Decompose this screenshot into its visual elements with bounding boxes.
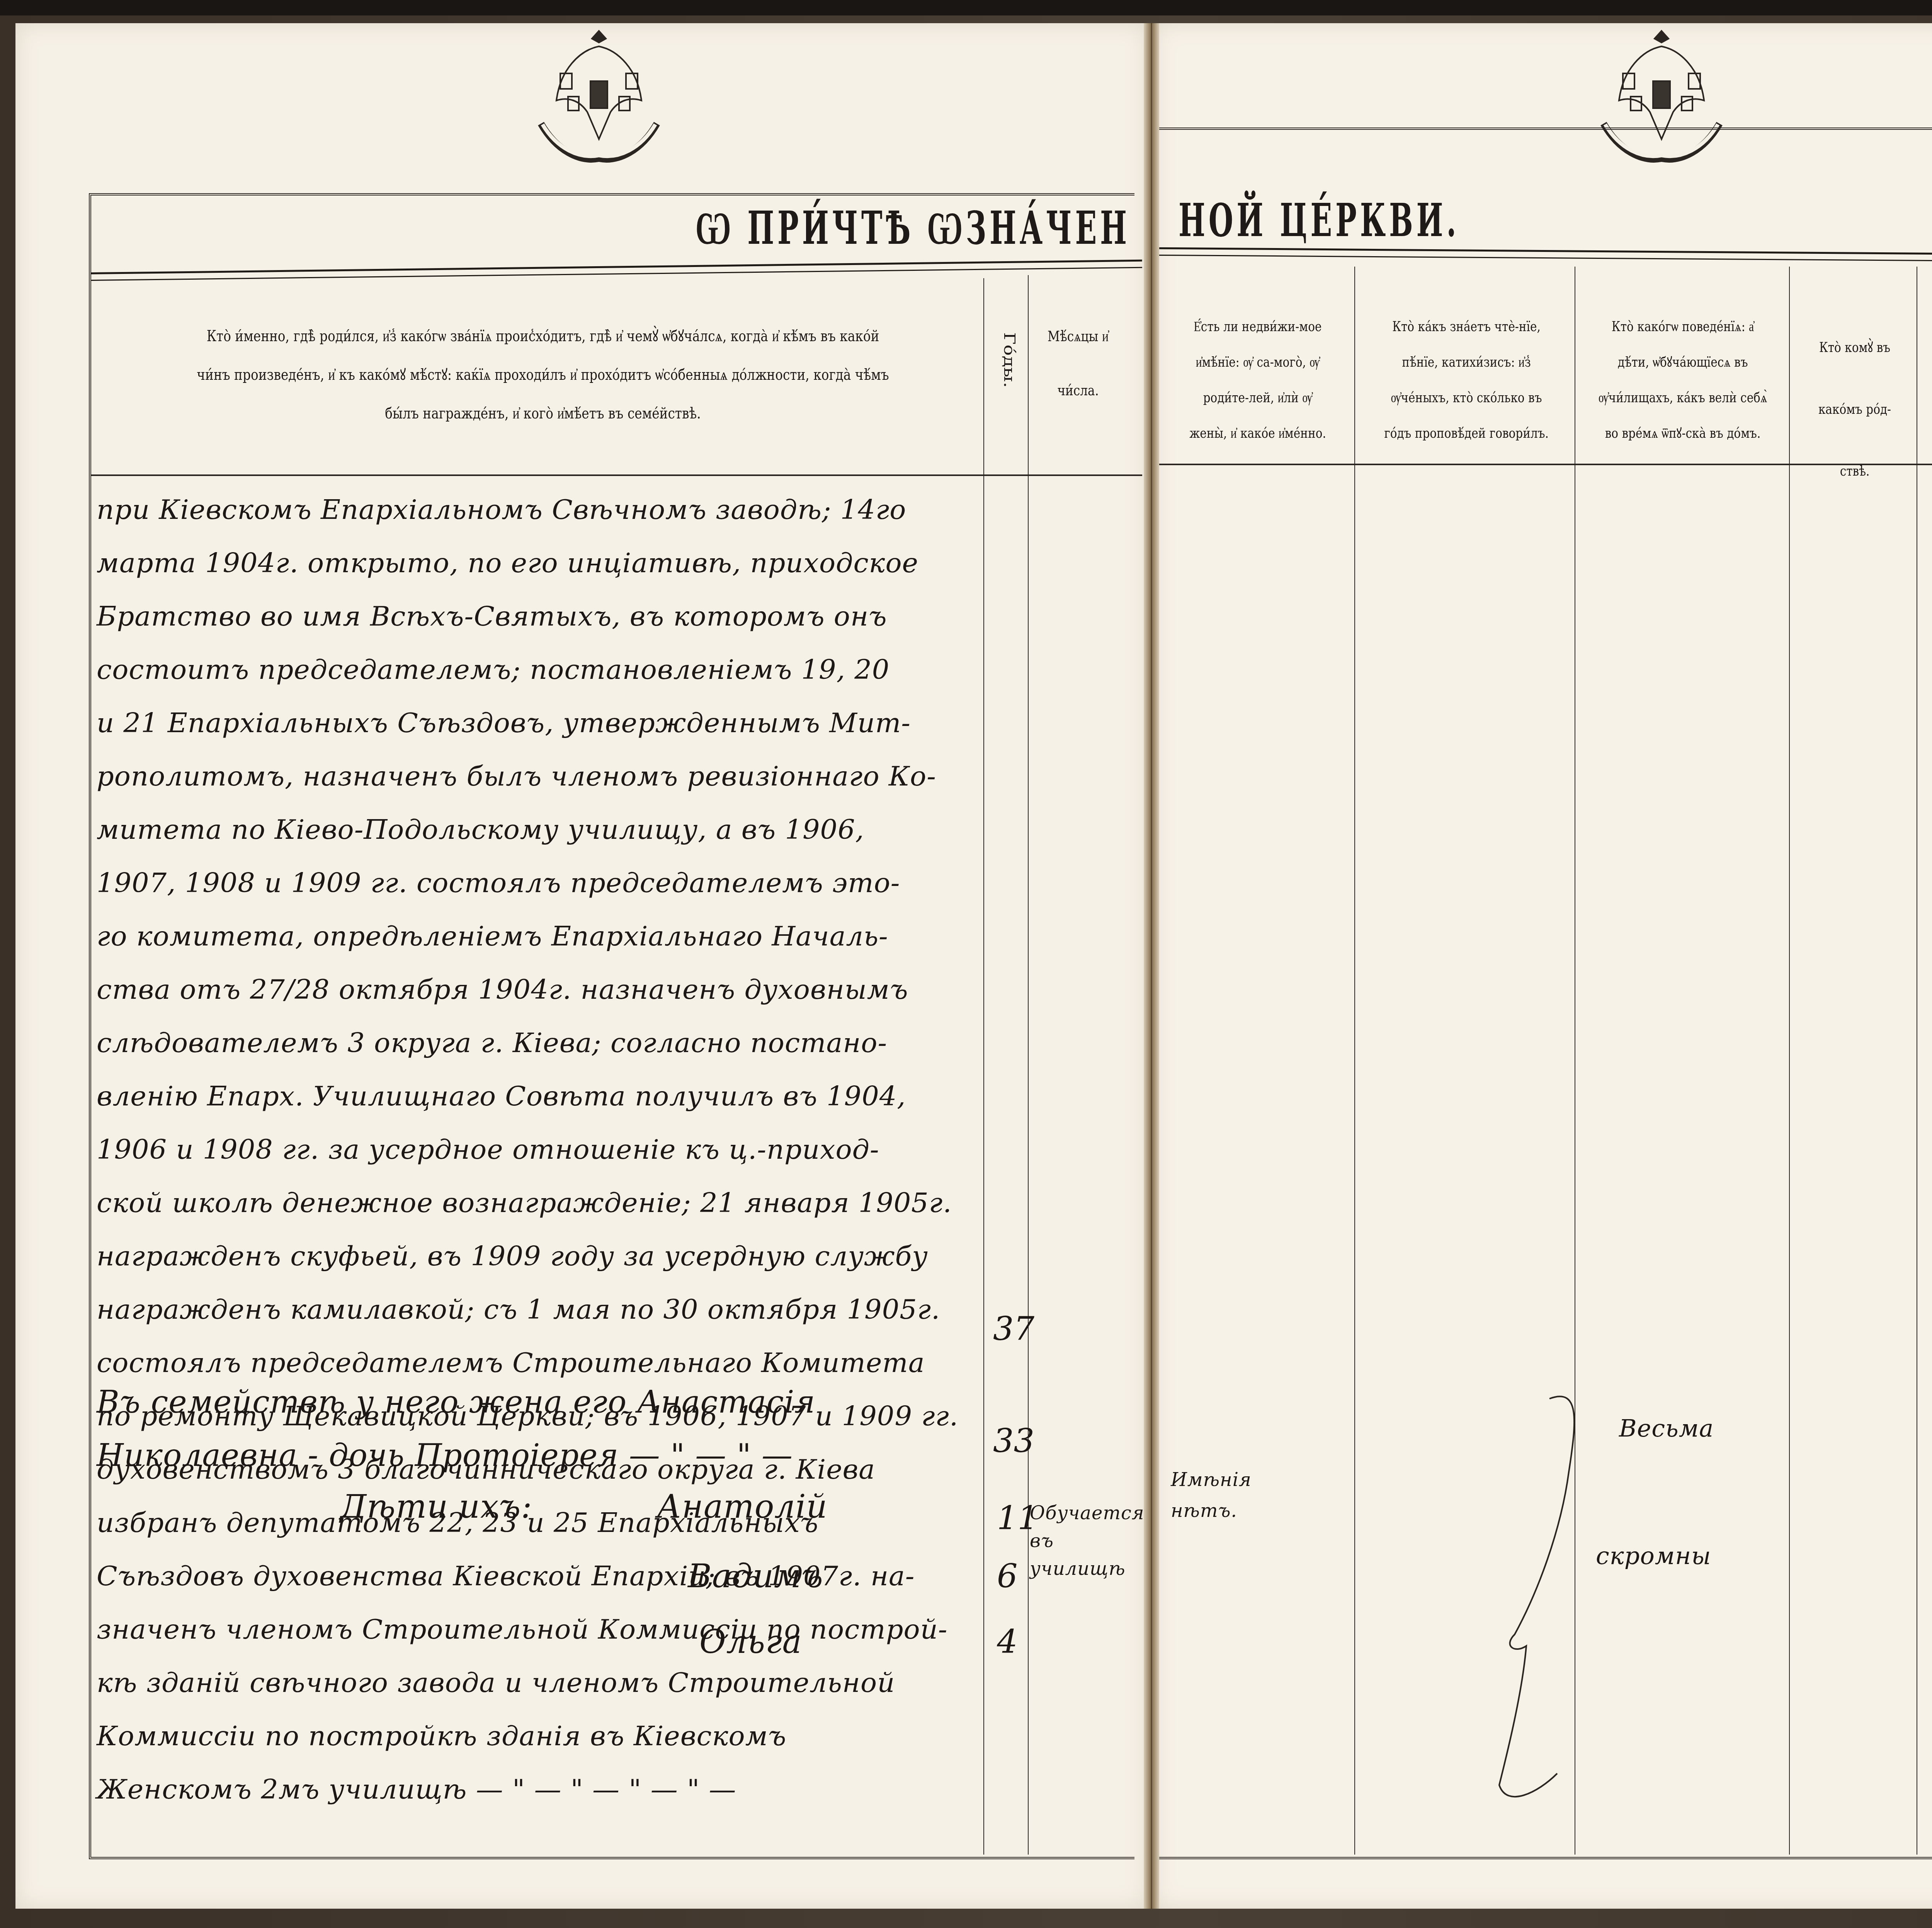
page-title-left: Ѡ ПРИ́ЧТѢ ѠЗНА́ЧЕН — [696, 201, 1130, 255]
column-header-kinship: Кто̀ комꙋ̀ въ како́мъ ро́д-ствѣ. — [1804, 317, 1905, 502]
imperial-eagle-crest-icon — [533, 23, 665, 170]
column-header-reading: Кто̀ ка́къ зна́етъ чтѐ-нїе, пѣ́нїе, кати… — [1378, 309, 1555, 451]
child-age: 4 — [997, 1623, 1017, 1661]
child-name: Ольга — [699, 1623, 802, 1661]
biography-line: награжденъ камилавкой; съ 1 мая по 30 ок… — [97, 1283, 958, 1336]
biography-line: и 21 Епархіальныхъ Съѣздовъ, утвержденны… — [97, 696, 958, 750]
child-age: 6 — [997, 1557, 1017, 1595]
biography-line: го комитета, опредѣленіемъ Епархіальнаго… — [97, 910, 958, 963]
header-bottom-rule — [1159, 464, 1932, 465]
biography-line: 1907, 1908 и 1909 гг. состоялъ председат… — [97, 856, 958, 910]
biography-line: ской школѣ денежное вознагражденіе; 21 я… — [97, 1176, 958, 1229]
biography-line: митета по Кіево-Подольскому училищу, а в… — [97, 803, 958, 856]
biography-line: награжденъ скуфьей, въ 1909 году за усер… — [97, 1229, 958, 1283]
child-name: Анатолій — [657, 1488, 828, 1525]
curly-brace-icon — [1492, 1375, 1580, 1800]
column-divider — [1354, 267, 1355, 1855]
biography-line: слѣдователемъ 3 округа г. Кіева; согласн… — [97, 1016, 958, 1069]
column-header-months: Мѣ́сѧцы и҆ чи́сла. — [1040, 309, 1116, 417]
children-label: Дѣти ихъ: — [340, 1488, 532, 1525]
biography-line: состоитъ председателемъ; постановленіемъ… — [97, 643, 958, 696]
priest-age: 37 — [993, 1310, 1034, 1348]
biography-line: марта 1904г. открыто, по его инціативѣ, … — [97, 536, 958, 590]
child-name: Вадимъ — [688, 1557, 823, 1595]
conduct-note: Весьма — [1619, 1414, 1714, 1442]
family-line: Въ семействѣ у него жена его Анастасія — [97, 1375, 815, 1429]
column-header-property: Е҆́сть ли недви́жи-мое и҆мѣ́нїе: ѹ҆ са-м… — [1183, 309, 1332, 451]
wife-age: 33 — [993, 1422, 1034, 1460]
column-header-biography: Кто̀ и́менно, гдѣ̀ роди́лся, и҆з̾ како́г… — [190, 317, 896, 433]
column-divider — [1917, 267, 1917, 1855]
biography-line: при Кіевскомъ Епархіальномъ Свѣчномъ зав… — [97, 483, 958, 536]
biography-text: при Кіевскомъ Епархіальномъ Свѣчномъ зав… — [97, 483, 958, 1816]
biography-line: кѣ зданій свѣчного завода и членомъ Стро… — [97, 1656, 958, 1709]
biography-line: Братство во имя Всѣхъ-Святыхъ, въ которо… — [97, 590, 958, 643]
column-header-conduct: Кто̀ како́гѡ поведе́нїѧ: а҆ дѣ́ти, ѡ҆бꙋч… — [1597, 309, 1769, 451]
family-text: Въ семействѣ у него жена его Анастасія Н… — [97, 1375, 815, 1482]
column-divider — [983, 278, 984, 1855]
biography-line: значенъ членомъ Строительной Коммиссіи п… — [97, 1603, 958, 1656]
biography-line: Съѣздовъ духовенства Кіевской Епархіи; в… — [97, 1549, 958, 1603]
biography-line: рополитомъ, назначенъ былъ членомъ ревиз… — [97, 750, 958, 803]
biography-line: ства отъ 27/28 октября 1904г. назначенъ … — [97, 963, 958, 1016]
biography-line: вленію Епарх. Училищнаго Совѣта получилъ… — [97, 1069, 958, 1123]
biography-line: Коммиссіи по постройкѣ зданія въ Кіевско… — [97, 1709, 958, 1763]
conduct-note: скромны — [1596, 1542, 1711, 1570]
child-education-note: Обучается въ училищѣ — [1030, 1499, 1119, 1583]
page-title-right: НОЙ ЦЕ́РКВИ. — [1179, 193, 1459, 247]
column-divider — [1028, 275, 1029, 1855]
property-note: Имѣнія нѣтъ. — [1171, 1464, 1287, 1526]
header-bottom-rule — [91, 474, 1142, 476]
column-divider — [1789, 267, 1790, 1855]
book-gutter — [1144, 23, 1159, 1909]
biography-line: Женскомъ 2мъ училищѣ — " — " — " — " — — [97, 1763, 958, 1816]
biography-line: 1906 и 1908 гг. за усердное отношеніе къ… — [97, 1123, 958, 1176]
family-line: Николаевна - дочь Протоіерея — " — " — — [97, 1429, 815, 1482]
column-header-years: Го́ды. — [990, 332, 1019, 388]
